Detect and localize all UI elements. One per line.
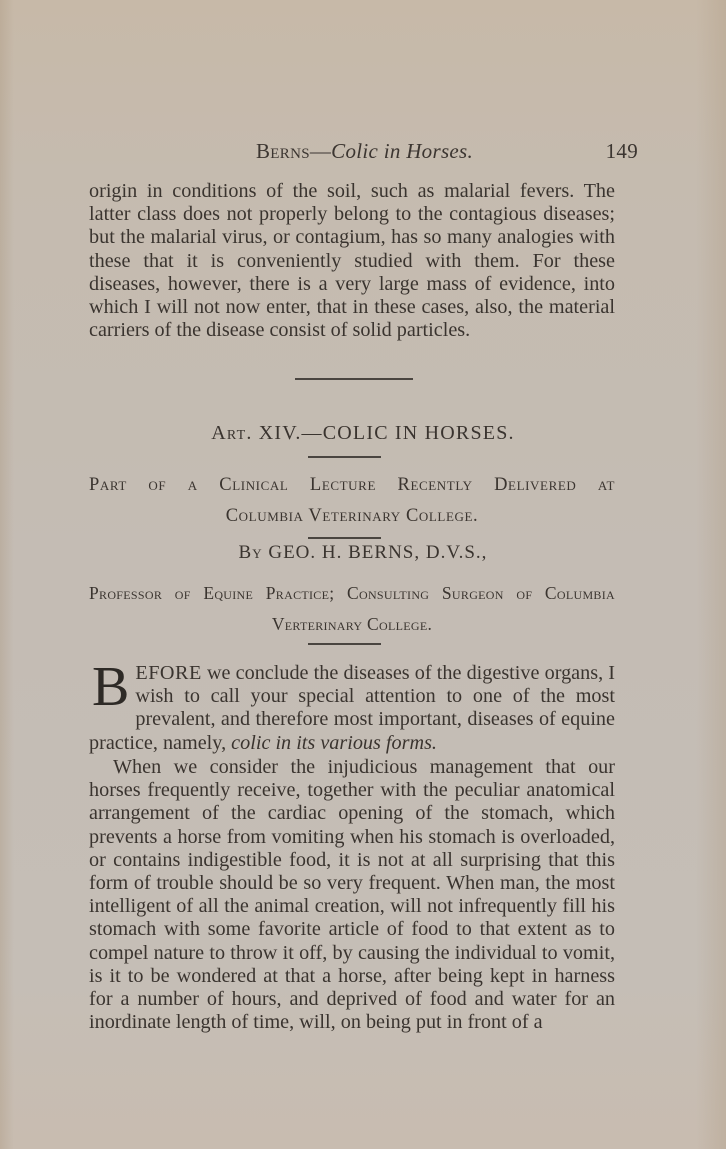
article-title-text: XIV.—COLIC IN HORSES. xyxy=(259,422,515,444)
author-affiliation: Professor of Equine Practice; Consulting… xyxy=(89,578,615,640)
byline-rule xyxy=(308,643,381,645)
opening-paragraph: BEFORE we conclude the diseases of the d… xyxy=(89,662,615,755)
running-head-title: Colic in Horses. xyxy=(331,139,473,163)
opening-lead-word: EFORE xyxy=(135,662,201,684)
second-paragraph-text: When we consider the injudicious managem… xyxy=(89,756,615,1034)
page-edge-shadow-right xyxy=(696,0,726,1149)
running-head-separator: — xyxy=(310,139,331,163)
subtitle-line-1: Part of a Clinical Lecture Recently Deli… xyxy=(89,470,615,501)
affiliation-line-1: Professor of Equine Practice; Consulting… xyxy=(89,578,615,609)
running-head: Berns—Colic in Horses. 149 xyxy=(256,139,638,164)
article-number-prefix: Art. xyxy=(211,422,252,444)
continued-paragraph-text: origin in conditions of the soil, such a… xyxy=(89,180,615,342)
title-rule xyxy=(308,456,381,458)
subtitle-line-2: Columbia Veterinary College. xyxy=(226,506,479,526)
drop-cap: B xyxy=(92,665,129,711)
article-subtitle: Part of a Clinical Lecture Recently Deli… xyxy=(89,470,615,532)
page-number: 149 xyxy=(606,139,638,164)
affiliation-line-2: Verterinary College. xyxy=(272,614,432,634)
opening-emphasis: colic in its various forms. xyxy=(231,732,437,754)
byline: By GEO. H. BERNS, D.V.S., xyxy=(0,542,726,564)
byline-prefix: By xyxy=(239,542,263,563)
running-head-author: Berns xyxy=(256,139,310,163)
section-divider-rule xyxy=(295,378,413,380)
continued-paragraph: origin in conditions of the soil, such a… xyxy=(89,180,615,342)
byline-name: GEO. H. BERNS, D.V.S., xyxy=(268,542,487,563)
page-edge-shadow-left xyxy=(0,0,14,1149)
article-title: Art. XIV.—COLIC IN HORSES. xyxy=(0,422,726,445)
subtitle-rule xyxy=(308,537,381,539)
second-paragraph: When we consider the injudicious managem… xyxy=(89,756,615,1034)
